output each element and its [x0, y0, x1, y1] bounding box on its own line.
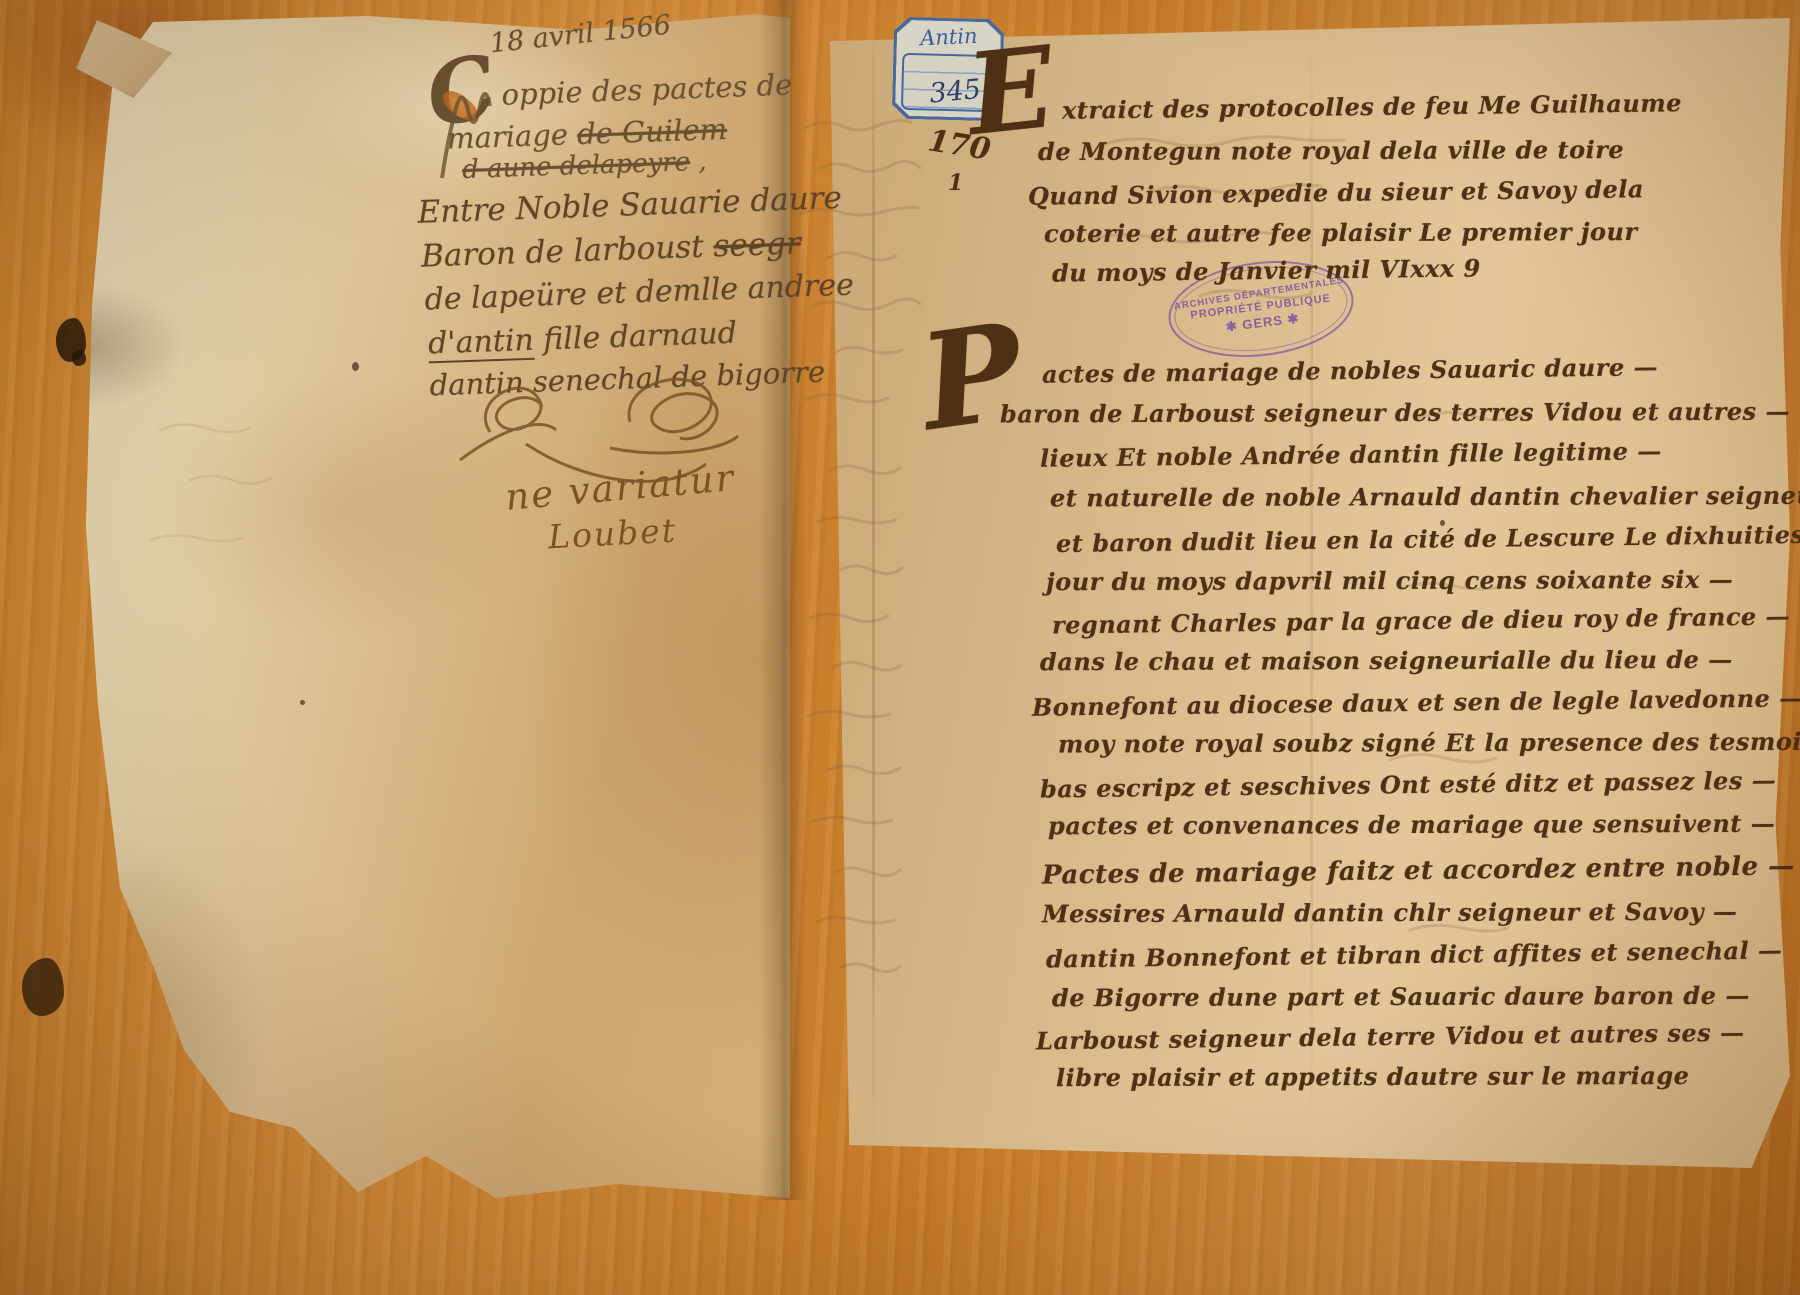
- manuscript-line: coterie et autre fee plaisir Le premier …: [1044, 217, 1638, 248]
- fold-crease: [872, 10, 875, 1150]
- folio-submark: 1: [948, 170, 963, 196]
- manuscript-line: baron de Larboust seigneur des terres Vi…: [1000, 397, 1790, 429]
- ink-blot: [72, 350, 86, 366]
- manuscript-line: et naturelle de noble Arnauld dantin che…: [1050, 481, 1800, 513]
- manuscript-line: moy note royal soubz signé Et la presenc…: [1058, 727, 1800, 759]
- manuscript-line: d'antin fille darnaud: [428, 316, 738, 362]
- line-text: mariage: [446, 117, 577, 156]
- manuscript-line: de Montegun note royal dela ville de toi…: [1038, 135, 1624, 166]
- initial-letter: E: [962, 32, 1059, 152]
- manuscript-line: dans le chau et maison seigneurialle du …: [1040, 645, 1733, 676]
- ink-speck: [352, 362, 359, 371]
- initial-letter: P: [913, 306, 1030, 451]
- manuscript-line: dantin senechal de bigorre: [429, 355, 826, 403]
- line-text: Baron de larboust: [421, 228, 715, 274]
- date-note: 18 avril 1566: [488, 10, 672, 60]
- manuscript-line: pactes et convenances de mariage que sen…: [1048, 809, 1775, 841]
- manuscript-photo: 18 avril 1566 C oppie des pactes de mari…: [0, 0, 1800, 1295]
- manuscript-line: Entre Noble Sauarie daure: [417, 180, 842, 231]
- left-page-header: 18 avril 1566 C oppie des pactes de mari…: [403, 3, 817, 437]
- line-text: ,: [689, 147, 707, 178]
- ink-blot: [22, 958, 64, 1016]
- manuscript-line: de lapeüre et demlle andree: [424, 268, 854, 318]
- underlined-text: d'antin: [428, 323, 535, 364]
- struck-text: seegr: [713, 225, 801, 264]
- struck-text: de Guilem: [577, 112, 728, 151]
- notary-signature: Loubet: [547, 511, 678, 557]
- line-text: fille darnaud: [533, 316, 737, 358]
- ink-speck: [300, 700, 305, 705]
- manuscript-line: oppie des pactes de: [501, 68, 793, 112]
- manuscript-line: de Bigorre dune part et Sauaric daure ba…: [1052, 981, 1750, 1012]
- manuscript-line: Baron de larboust seegr: [421, 225, 802, 274]
- manuscript-line: du moys de Janvier mil VIxxx 9: [1052, 253, 1481, 287]
- manuscript-line: jour du moys dapvril mil cinq cens soixa…: [1046, 565, 1733, 596]
- manuscript-line: Messires Arnauld dantin chlr seigneur et…: [1042, 897, 1737, 928]
- manuscript-line: libre plaisir et appetits dautre sur le …: [1056, 1061, 1689, 1092]
